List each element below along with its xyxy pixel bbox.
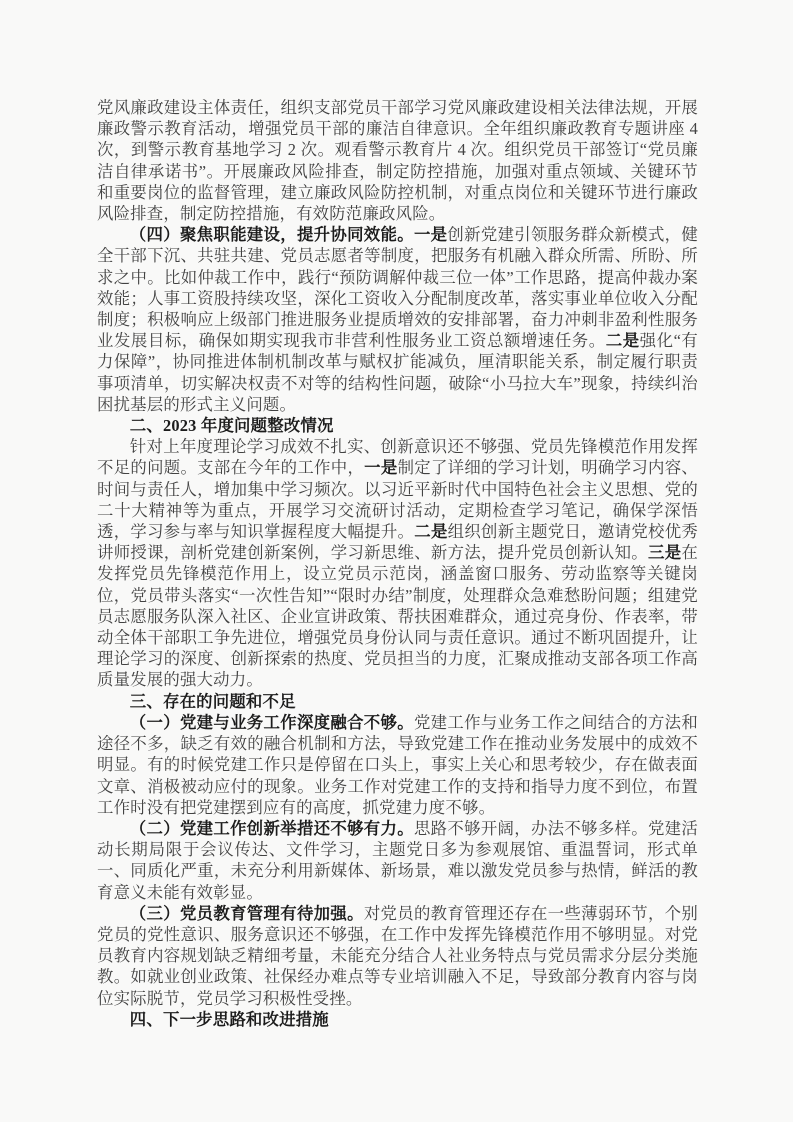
paragraph: （三）党员教育管理有待加强。对党员的教育管理还存在一些薄弱环节，个别党员的党性意… [97, 903, 698, 1009]
bold-text-run: （四）聚焦职能建设，提升协同效能。一是 [130, 225, 448, 244]
bold-text-run: 一是 [364, 458, 397, 477]
bold-text-run: 二是 [414, 522, 447, 541]
bold-text-run: 二是 [606, 331, 640, 350]
paragraph: （二）党建工作创新举措还不够有力。思路不够开阔，办法不够多样。党建活动长期局限于… [97, 818, 698, 903]
text-run: 在发挥党员先锋模范作用上，设立党员示范岗，涵盖窗口服务、劳动监察等关键岗位，党员… [97, 543, 698, 689]
document-page: 党风廉政建设主体责任，组织支部党员干部学习党风廉政建设相关法律法规，开展廉政警示… [0, 0, 793, 1122]
document-body: 党风廉政建设主体责任，组织支部党员干部学习党风廉政建设相关法律法规，开展廉政警示… [0, 0, 793, 1030]
section-heading: 三、存在的问题和不足 [97, 691, 698, 712]
bold-text-run: 二、2023 年度问题整改情况 [130, 416, 334, 435]
text-run: 党风廉政建设主体责任，组织支部党员干部学习党风廉政建设相关法律法规，开展廉政警示… [97, 98, 698, 223]
section-heading: 四、下一步思路和改进措施 [97, 1009, 698, 1030]
paragraph: 针对上年度理论学习成效不扎实、创新意识还不够强、党员先锋模范作用发挥不足的问题。… [97, 436, 698, 690]
bold-text-run: 四、下一步思路和改进措施 [130, 1010, 329, 1029]
bold-text-run: 三是 [648, 543, 681, 562]
bold-text-run: （一）党建与业务工作深度融合不够。 [130, 713, 414, 732]
paragraph: 党风廉政建设主体责任，组织支部党员干部学习党风廉政建设相关法律法规，开展廉政警示… [97, 97, 698, 224]
bold-text-run: （三）党员教育管理有待加强。 [130, 904, 364, 923]
section-heading: 二、2023 年度问题整改情况 [97, 415, 698, 436]
bold-text-run: （二）党建工作创新举措还不够有力。 [130, 819, 414, 838]
paragraph: （四）聚焦职能建设，提升协同效能。一是创新党建引领服务群众新模式，健全干部下沉、… [97, 224, 698, 415]
paragraph: （一）党建与业务工作深度融合不够。党建工作与业务工作之间结合的方法和途径不多，缺… [97, 712, 698, 818]
bold-text-run: 三、存在的问题和不足 [130, 692, 296, 711]
